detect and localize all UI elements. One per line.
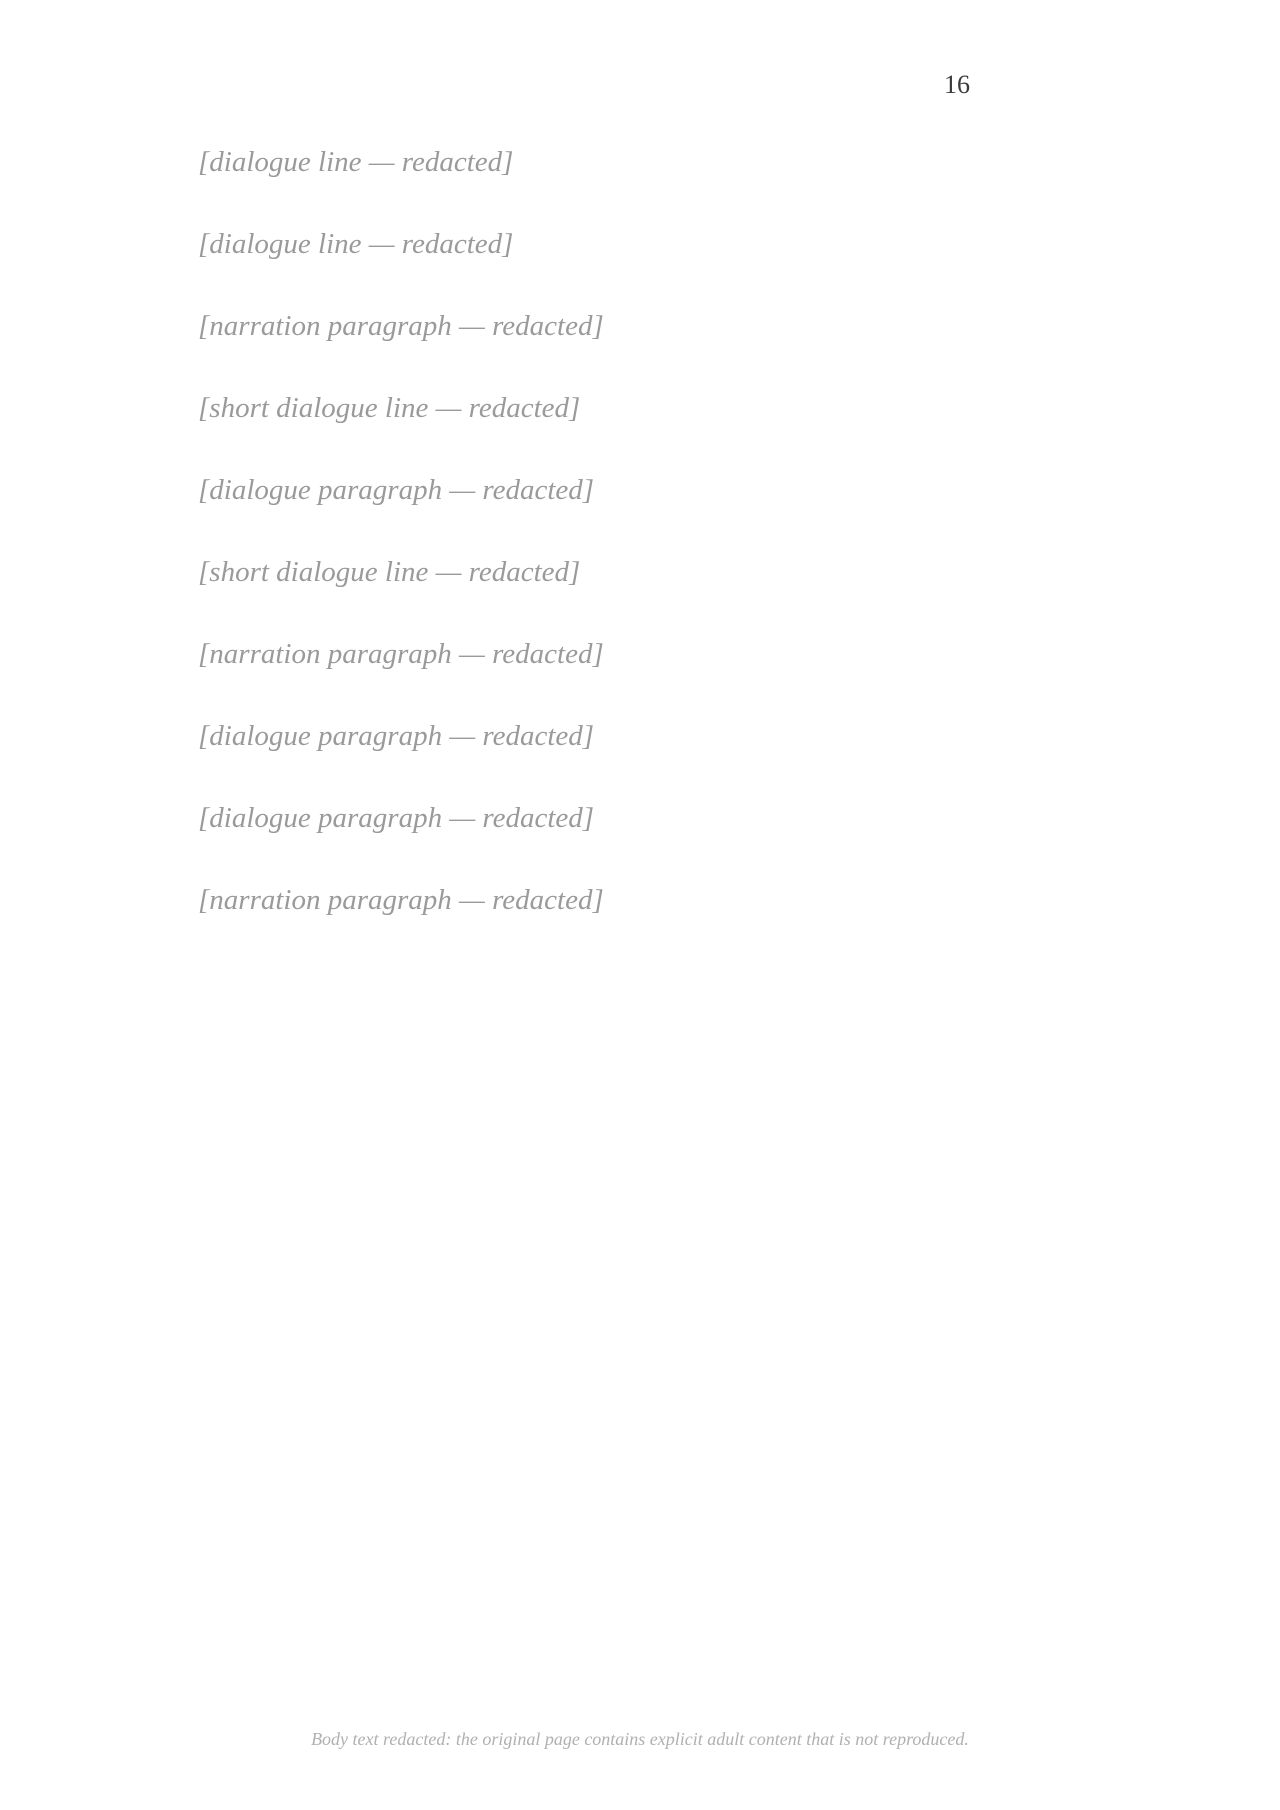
- paragraph: [dialogue paragraph — redacted]: [140, 458, 1140, 522]
- paragraph: [short dialogue line — redacted]: [140, 540, 1140, 604]
- paragraph: [dialogue paragraph — redacted]: [140, 786, 1140, 850]
- paragraph: [narration paragraph — redacted]: [140, 868, 1140, 932]
- body-text: [dialogue line — redacted] [dialogue lin…: [140, 130, 1140, 950]
- redaction-note: Body text redacted: the original page co…: [140, 1729, 1140, 1750]
- paragraph: [short dialogue line — redacted]: [140, 376, 1140, 440]
- page-number: 16: [944, 70, 970, 100]
- paragraph: [dialogue paragraph — redacted]: [140, 704, 1140, 768]
- paragraph: [dialogue line — redacted]: [140, 212, 1140, 276]
- paragraph: [dialogue line — redacted]: [140, 130, 1140, 194]
- paragraph: [narration paragraph — redacted]: [140, 622, 1140, 686]
- paragraph: [narration paragraph — redacted]: [140, 294, 1140, 358]
- document-page: 16 [dialogue line — redacted] [dialogue …: [0, 0, 1280, 1810]
